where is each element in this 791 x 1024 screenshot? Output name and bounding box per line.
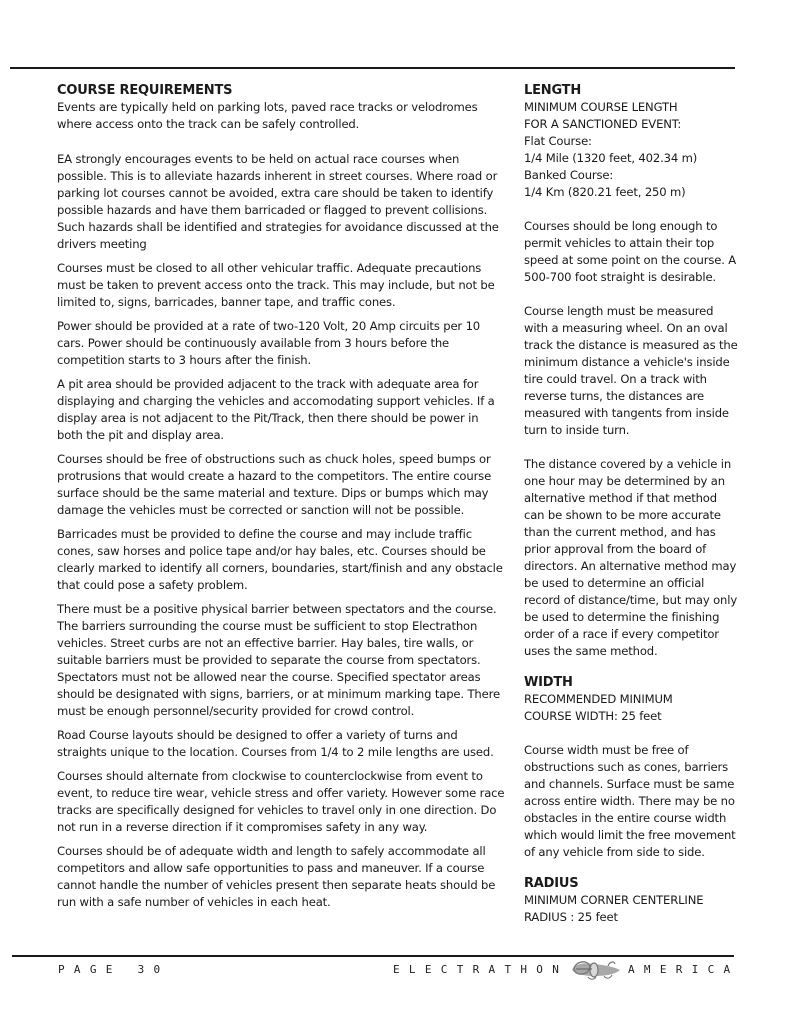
radius-section: RADIUS MINIMUM CORNER CENTERLINE RADIUS … xyxy=(524,875,739,926)
footer-brand-america: AMERICA xyxy=(628,963,739,976)
radius-subheading-line1: MINIMUM CORNER CENTERLINE xyxy=(524,892,739,909)
course-requirements-heading: COURSE REQUIREMENTS xyxy=(57,82,507,99)
paragraph-spectator-barrier: There must be a positive physical barrie… xyxy=(57,601,507,720)
footer-rule xyxy=(12,955,734,957)
length-subheading-line2: FOR A SANCTIONED EVENT: xyxy=(524,116,739,133)
paragraph-ea-encourages: EA strongly encourages events to be held… xyxy=(57,151,507,253)
header-rule xyxy=(10,67,735,69)
paragraph-events-held: Events are typically held on parking lot… xyxy=(57,99,507,133)
banked-course-label: Banked Course: xyxy=(524,167,739,184)
paragraph-alternative-method: The distance covered by a vehicle in one… xyxy=(524,456,739,660)
paragraph-power: Power should be provided at a rate of tw… xyxy=(57,318,507,369)
specifications-column: LENGTH MINIMUM COURSE LENGTH FOR A SANCT… xyxy=(524,82,739,926)
flat-course-value: 1/4 Mile (1320 feet, 402.34 m) xyxy=(524,150,739,167)
length-section: LENGTH MINIMUM COURSE LENGTH FOR A SANCT… xyxy=(524,82,739,660)
width-subheading-line1: RECOMMENDED MINIMUM xyxy=(524,691,739,708)
page-number: PAGE 30 xyxy=(58,963,169,976)
radius-subheading-line2: RADIUS : 25 feet xyxy=(524,909,739,926)
paragraph-road-course-layouts: Road Course layouts should be designed t… xyxy=(57,727,507,761)
length-subheading-line1: MINIMUM COURSE LENGTH xyxy=(524,99,739,116)
paragraph-obstructions: Courses should be free of obstructions s… xyxy=(57,451,507,519)
paragraph-alternate-direction: Courses should alternate from clockwise … xyxy=(57,768,507,836)
banked-course-value: 1/4 Km (820.21 feet, 250 m) xyxy=(524,184,739,201)
paragraph-pit-area: A pit area should be provided adjacent t… xyxy=(57,376,507,444)
paragraph-measuring-wheel: Course length must be measured with a me… xyxy=(524,303,739,439)
paragraph-long-enough: Courses should be long enough to permit … xyxy=(524,218,739,286)
electrathon-vehicle-logo-icon xyxy=(568,958,624,982)
course-requirements-column: COURSE REQUIREMENTS Events are typically… xyxy=(57,82,507,918)
width-section: WIDTH RECOMMENDED MINIMUM COURSE WIDTH: … xyxy=(524,674,739,861)
width-heading: WIDTH xyxy=(524,674,739,691)
footer-brand-electrathon: ELECTRATHON xyxy=(393,963,568,976)
paragraph-course-width: Course width must be free of obstruction… xyxy=(524,742,739,861)
paragraph-closed-traffic: Courses must be closed to all other vehi… xyxy=(57,260,507,311)
length-heading: LENGTH xyxy=(524,82,739,99)
flat-course-label: Flat Course: xyxy=(524,133,739,150)
paragraph-barricades: Barricades must be provided to define th… xyxy=(57,526,507,594)
paragraph-adequate-width: Courses should be of adequate width and … xyxy=(57,843,507,911)
radius-heading: RADIUS xyxy=(524,875,739,892)
width-subheading-line2: COURSE WIDTH: 25 feet xyxy=(524,708,739,725)
